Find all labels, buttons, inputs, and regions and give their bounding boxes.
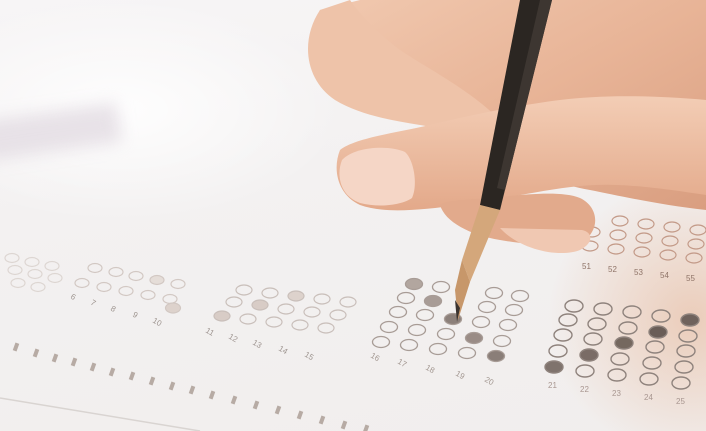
bubble-block-far <box>5 254 62 292</box>
svg-text:16: 16 <box>369 351 382 364</box>
svg-text:12: 12 <box>227 332 240 345</box>
svg-text:54: 54 <box>660 271 669 280</box>
svg-text:7: 7 <box>89 298 98 308</box>
svg-text:55: 55 <box>686 274 695 283</box>
svg-text:52: 52 <box>608 265 617 274</box>
svg-text:21: 21 <box>548 381 557 390</box>
svg-text:11: 11 <box>204 326 216 338</box>
svg-text:22: 22 <box>580 385 589 394</box>
svg-text:24: 24 <box>644 393 653 402</box>
svg-text:9: 9 <box>131 310 140 320</box>
svg-text:15: 15 <box>303 350 316 363</box>
svg-text:17: 17 <box>396 357 409 370</box>
timing-marks <box>13 343 369 431</box>
answer-sheet: 6 7 8 9 10 11 12 13 14 15 16 <box>0 0 706 431</box>
svg-text:8: 8 <box>109 304 118 314</box>
photo-scene: 6 7 8 9 10 11 12 13 14 15 16 <box>0 0 706 431</box>
svg-text:53: 53 <box>634 268 643 277</box>
svg-text:23: 23 <box>612 389 621 398</box>
svg-text:51: 51 <box>582 262 591 271</box>
svg-text:14: 14 <box>277 344 290 357</box>
svg-text:13: 13 <box>251 338 264 351</box>
svg-text:10: 10 <box>151 316 164 329</box>
svg-text:25: 25 <box>676 397 685 406</box>
bubble-block-11-15 <box>214 285 356 333</box>
svg-text:6: 6 <box>69 292 78 302</box>
